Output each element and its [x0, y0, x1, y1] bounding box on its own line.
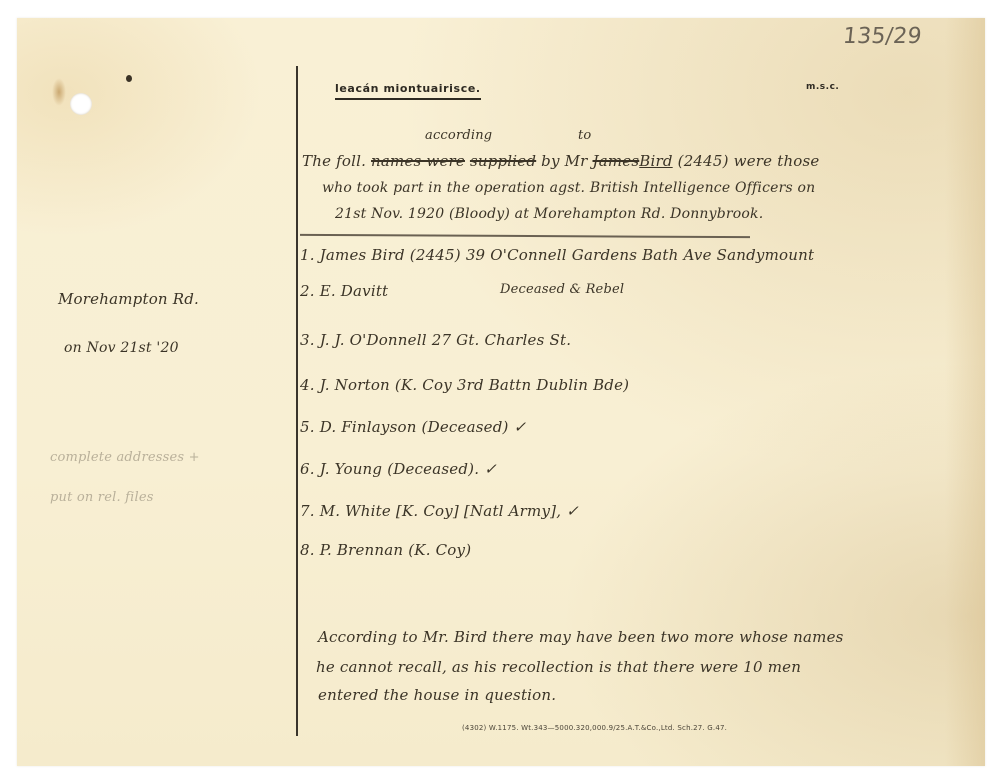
informant-name: Bird: [639, 152, 672, 170]
punch-hole: [70, 93, 92, 115]
entry-text: J. J. O'Donnell 27 Gt. Charles St.: [320, 331, 571, 349]
list-item: 1. James Bird (2445) 39 O'Connell Garden…: [300, 246, 814, 264]
letterhead-title: leacán miontuairisce.: [335, 82, 481, 100]
list-item: 7. M. White [K. Coy] [Natl Army], ✓: [300, 502, 579, 520]
closing-line-2: he cannot recall, as his recollection is…: [316, 658, 801, 676]
rust-stain: [52, 78, 66, 106]
intro-line-2: who took part in the operation agst. Bri…: [322, 180, 815, 196]
list-item: 6. J. Young (Deceased). ✓: [300, 460, 497, 478]
insertion-according: according: [425, 128, 492, 143]
struck-name: James: [593, 152, 640, 170]
margin-rule: [296, 66, 298, 736]
entry-number: 8.: [300, 541, 315, 559]
faint-margin-note-2: put on rel. files: [50, 490, 154, 505]
intro-start: The foll.: [302, 152, 366, 170]
list-item: 2. E. Davitt: [300, 282, 388, 300]
entry-number: 3.: [300, 331, 315, 349]
list-item: 3. J. J. O'Donnell 27 Gt. Charles St.: [300, 331, 571, 349]
list-item: 8. P. Brennan (K. Coy): [300, 541, 471, 559]
entry-number: 2.: [300, 282, 315, 300]
entry-number: 7.: [300, 502, 315, 520]
faint-margin-note-1: complete addresses +: [50, 450, 200, 465]
struck-text: supplied: [470, 152, 536, 170]
insertion-to: to: [578, 128, 591, 143]
entry-text: J. Young (Deceased). ✓: [320, 460, 497, 478]
margin-note-date: on Nov 21st '20: [64, 340, 179, 356]
ink-dot: [126, 75, 132, 82]
list-item: 4. J. Norton (K. Coy 3rd Battn Dublin Bd…: [300, 376, 629, 394]
entry-annotation: Deceased & Rebel: [500, 282, 624, 297]
struck-text: names were: [371, 152, 465, 170]
entry-text: D. Finlayson (Deceased) ✓: [320, 418, 527, 436]
entry-number: 1.: [300, 246, 315, 264]
margin-note-location: Morehampton Rd.: [58, 290, 199, 308]
entry-text: J. Norton (K. Coy 3rd Battn Dublin Bde): [320, 376, 630, 394]
list-item: 5. D. Finlayson (Deceased) ✓: [300, 418, 526, 436]
entry-number: 5.: [300, 418, 315, 436]
intro-end: (2445) were those: [678, 152, 820, 170]
intro-by: by Mr: [541, 152, 587, 170]
letterhead-code: m.s.c.: [806, 82, 839, 92]
entry-text: P. Brennan (K. Coy): [320, 541, 472, 559]
reference-number: 135/29: [842, 24, 923, 49]
entry-number: 4.: [300, 376, 315, 394]
printer-imprint: (4302) W.1175. Wt.343—5000.320,000.9/25.…: [462, 724, 727, 732]
closing-line-3: entered the house in question.: [318, 686, 556, 704]
entry-number: 6.: [300, 460, 315, 478]
entry-text: M. White [K. Coy] [Natl Army], ✓: [320, 502, 579, 520]
intro-line-1: The foll. names were supplied by Mr Jame…: [302, 152, 820, 170]
intro-line-3: 21st Nov. 1920 (Bloody) at Morehampton R…: [335, 206, 763, 222]
entry-text: James Bird (2445) 39 O'Connell Gardens B…: [320, 246, 815, 264]
entry-text: E. Davitt: [320, 282, 389, 300]
closing-line-1: According to Mr. Bird there may have bee…: [318, 628, 844, 646]
